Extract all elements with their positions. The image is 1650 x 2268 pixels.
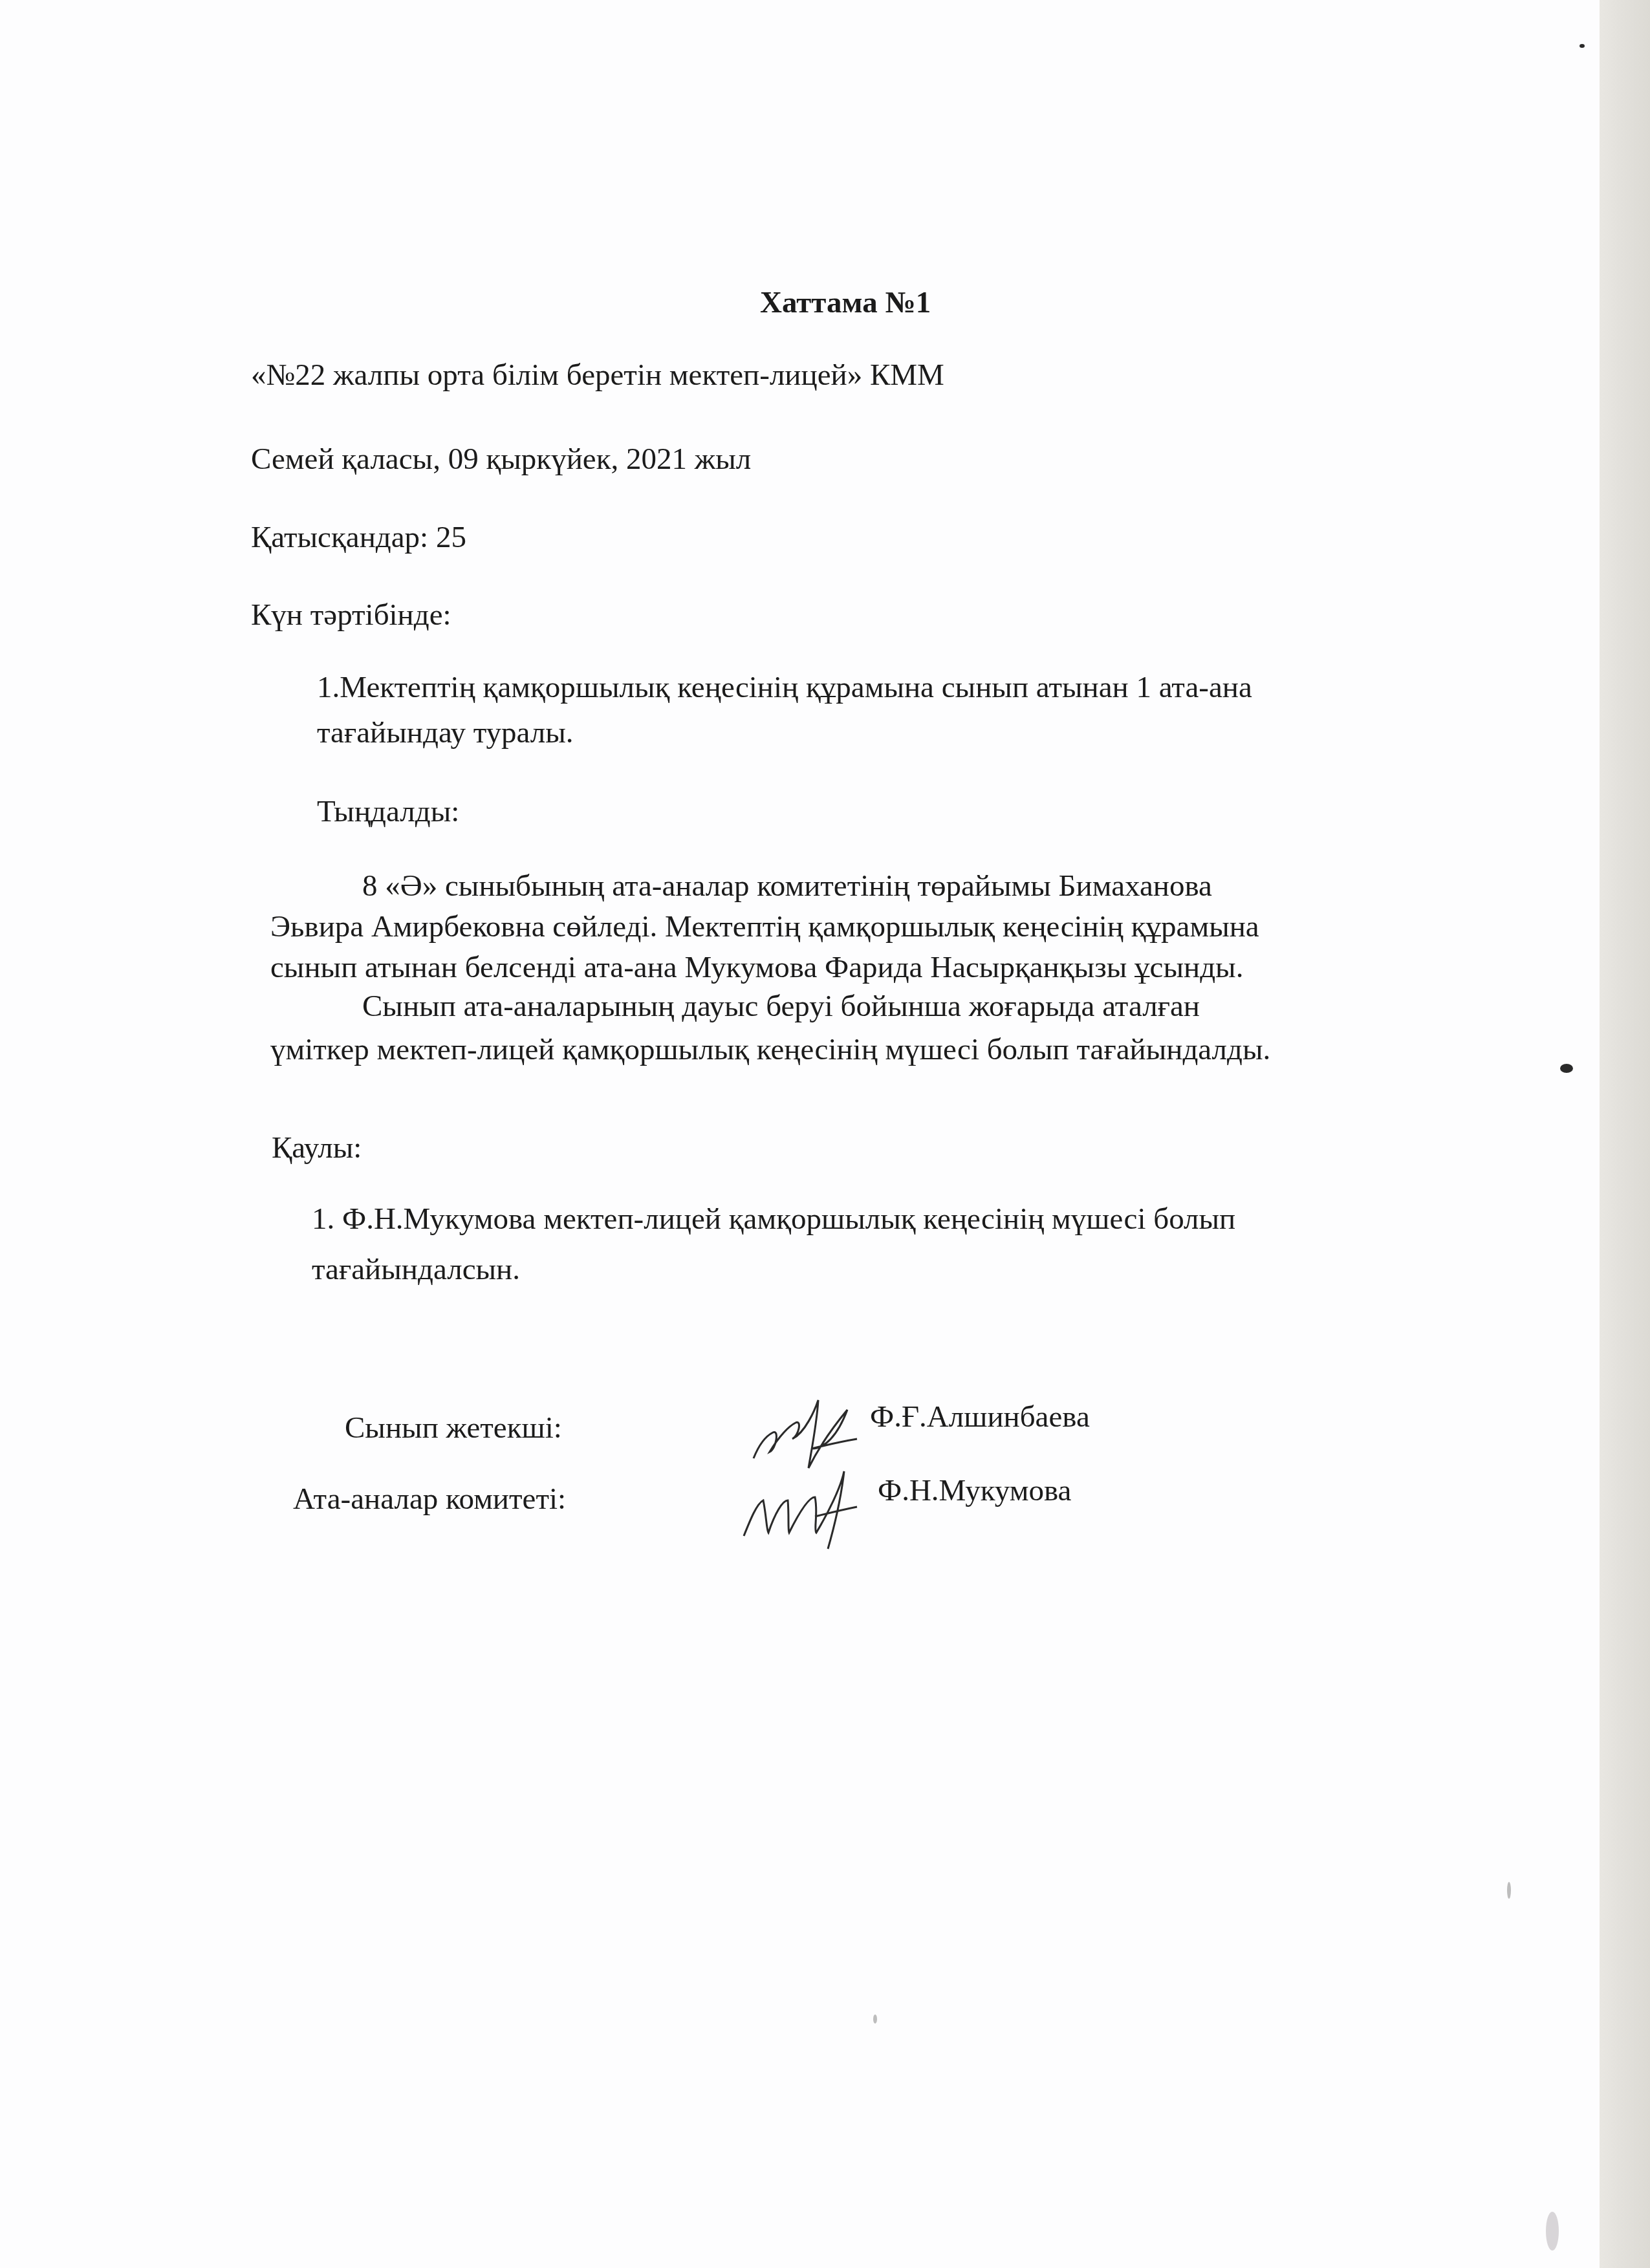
agenda-item-1-line1: 1.Мектептің қамқоршылық кеңесінің құрамы… (317, 673, 1252, 703)
scan-speck (1507, 1882, 1511, 1899)
place-date: Семей қаласы, 09 қыркүйек, 2021 жыл (251, 444, 751, 475)
organization-name: «№22 жалпы орта білім беретін мектеп-лиц… (251, 360, 944, 391)
signature-mark-parent-committee (737, 1468, 867, 1552)
document-title: Хаттама №1 (760, 288, 931, 318)
resolution-item-1-line2: тағайындалсын. (312, 1255, 520, 1285)
signature-name-class-teacher: Ф.Ғ.Алшинбаева (870, 1402, 1090, 1432)
scan-speck (1546, 2212, 1559, 2251)
heard-text-line: Сынып ата-аналарының дауыс беруі бойынша… (362, 991, 1200, 1022)
resolution-item-1-line1: 1. Ф.Н.Мукумова мектеп-лицей қамқоршылық… (312, 1204, 1235, 1235)
scan-ink-dot (1560, 1064, 1573, 1073)
agenda-label: Күн тәртібінде: (251, 600, 451, 631)
scan-speck (873, 2014, 877, 2024)
heard-text-line: үміткер мектеп-лицей қамқоршылық кеңесін… (270, 1035, 1270, 1065)
resolution-label: Қаулы: (272, 1133, 362, 1163)
agenda-item-1-line2: тағайындау туралы. (317, 718, 574, 748)
heard-text-line: сынып атынан белсенді ата-ана Мукумова Ф… (270, 953, 1243, 983)
heard-text-line: 8 «Ә» сыныбының ата-аналар комитетінің т… (362, 871, 1212, 902)
scan-page-edge (1600, 0, 1650, 2268)
document-page (0, 0, 1600, 2268)
signature-role-parent-committee: Ата-аналар комитеті: (293, 1484, 566, 1515)
signature-mark-class-teacher (741, 1397, 870, 1474)
signature-name-parent-committee: Ф.Н.Мукумова (878, 1476, 1071, 1506)
attendees-count: Қатысқандар: 25 (251, 523, 466, 553)
heard-label: Тыңдалды: (317, 797, 459, 827)
signature-role-class-teacher: Сынып жетекші: (345, 1413, 562, 1443)
heard-text-line: Эьвира Амирбековна сөйледі. Мектептің қа… (270, 912, 1259, 942)
scan-speck (1579, 44, 1585, 48)
